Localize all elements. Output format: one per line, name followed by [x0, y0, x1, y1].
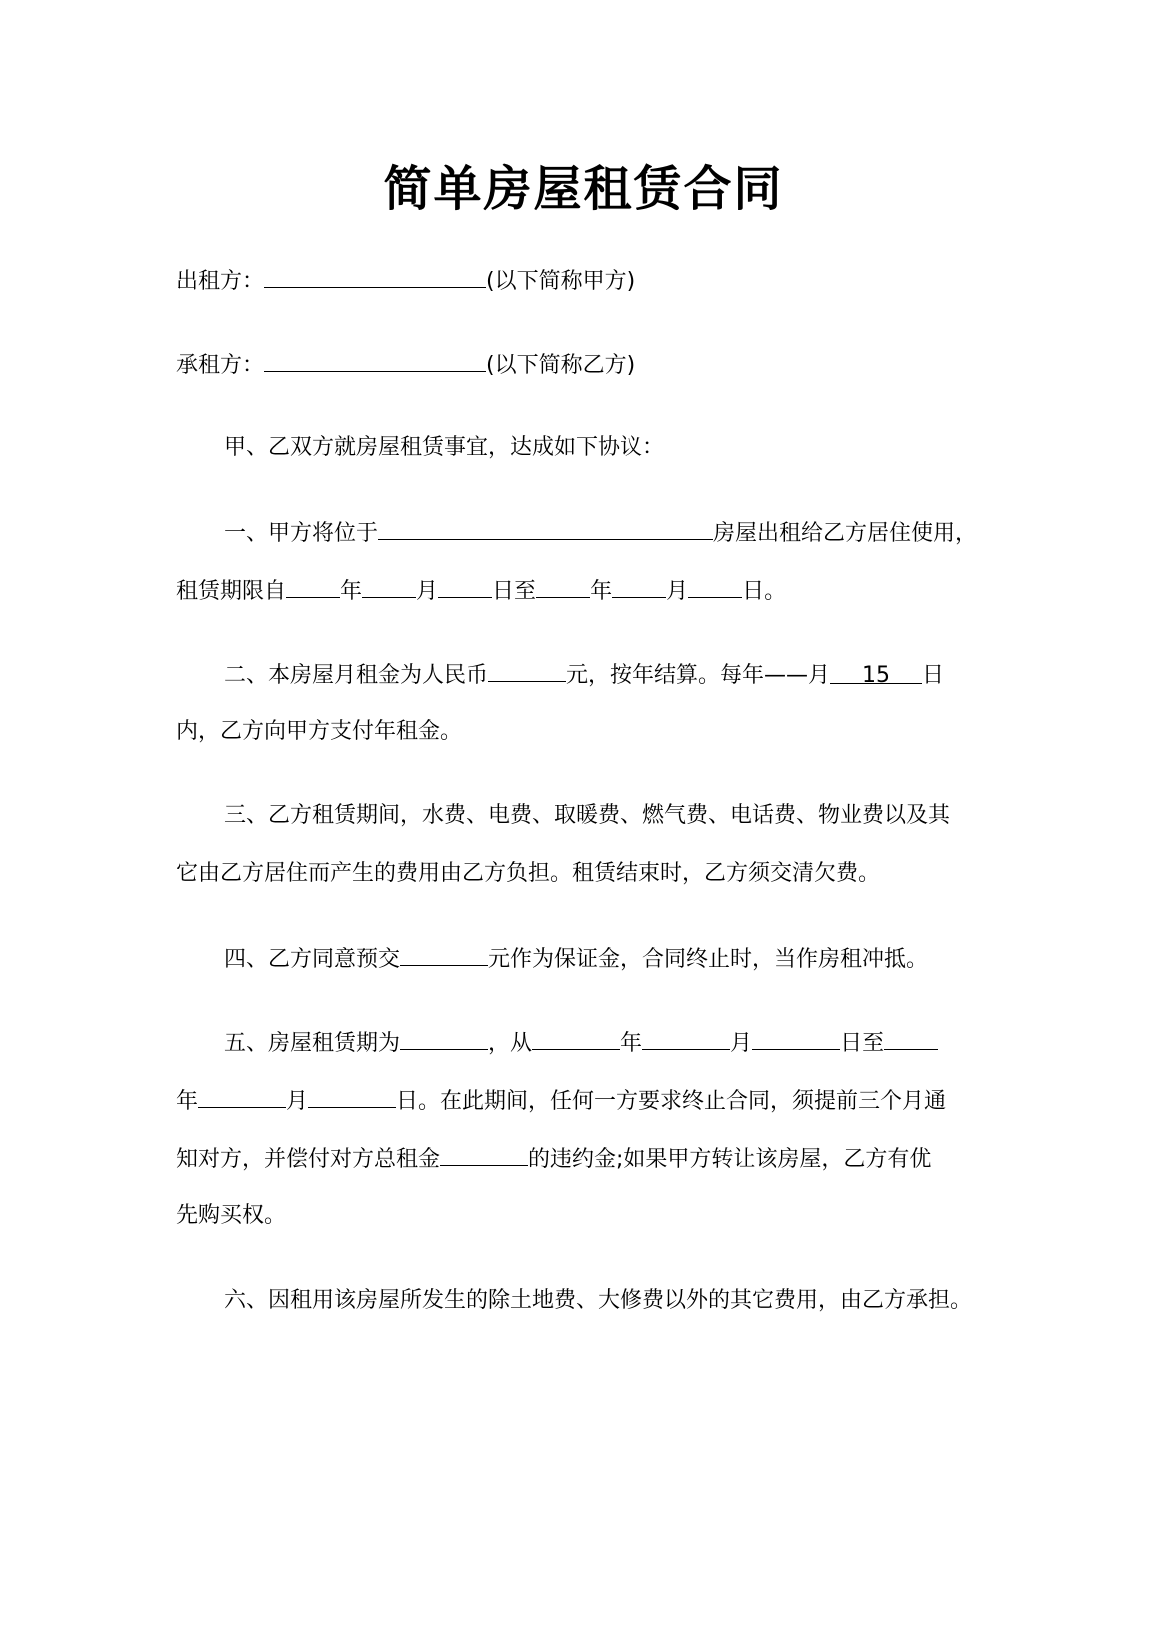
lessee-suffix: (以下简称乙方): [486, 353, 635, 378]
clause5-text-e: 的违约金;如果甲方转让该房屋，乙方有优: [528, 1147, 931, 1172]
contract-page: 简单房屋租赁合同 出租方：(以下简称甲方) 承租方：(以下简称乙方) 甲、乙双方…: [0, 0, 1167, 1651]
clause2-line2: 内，乙方向甲方支付年租金。: [176, 717, 462, 747]
clause5-line3: 知对方，并偿付对方总租金的违约金;如果甲方转让该房屋，乙方有优: [176, 1143, 931, 1175]
from-year-blank[interactable]: [532, 1027, 620, 1050]
clause2-text-c: 日: [922, 663, 944, 688]
intro-text: 甲、乙双方就房屋租赁事宜，达成如下协议：: [224, 433, 664, 463]
year-label: 年: [340, 579, 362, 604]
address-blank[interactable]: [378, 517, 713, 540]
from-day-blank[interactable]: [752, 1027, 840, 1050]
clause5-line2: 年月日。在此期间，任何一方要求终止合同，须提前三个月通: [176, 1085, 946, 1117]
from-month-blank[interactable]: [642, 1027, 730, 1050]
lessor-blank[interactable]: [264, 265, 486, 288]
day-end-label: 日。: [742, 579, 786, 604]
clause4-text-a: 四、乙方同意预交: [224, 947, 400, 972]
contract-title: 简单房屋租赁合同: [0, 150, 1167, 219]
month-label: 月: [286, 1089, 308, 1114]
month-label: 月: [730, 1031, 752, 1056]
clause3-line2: 它由乙方居住而产生的费用由乙方负担。租赁结束时，乙方须交清欠费。: [176, 859, 880, 889]
year-label: 年: [620, 1031, 642, 1056]
clause4-text-b: 元作为保证金，合同终止时，当作房租冲抵。: [488, 947, 928, 972]
clause6-line: 六、因租用该房屋所发生的除土地费、大修费以外的其它费用，由乙方承担。: [224, 1286, 972, 1316]
end-year-blank[interactable]: [536, 575, 590, 598]
lessor-label: 出租方：: [176, 269, 264, 294]
start-month-blank[interactable]: [362, 575, 416, 598]
start-year-blank[interactable]: [286, 575, 340, 598]
clause5-line4: 先购买权。: [176, 1201, 286, 1231]
start-day-blank[interactable]: [438, 575, 492, 598]
pay-day-value[interactable]: 15: [830, 661, 922, 684]
rent-blank[interactable]: [488, 659, 566, 682]
lessee-line: 承租方：(以下简称乙方): [176, 349, 635, 381]
day-to-label: 日至: [840, 1031, 884, 1056]
month-label: 月: [666, 579, 688, 604]
year-label: 年: [176, 1089, 198, 1114]
day-to-label: 日至: [492, 579, 536, 604]
clause2-text-b: 元，按年结算。每年——月: [566, 663, 830, 688]
term-blank[interactable]: [400, 1027, 488, 1050]
clause1-text-a: 一、甲方将位于: [224, 521, 378, 546]
lessor-suffix: (以下简称甲方): [486, 269, 635, 294]
to-year-blank[interactable]: [884, 1027, 938, 1050]
clause1-line1: 一、甲方将位于房屋出租给乙方居住使用，: [224, 517, 977, 549]
to-day-blank[interactable]: [308, 1085, 396, 1108]
clause5-text-c: 日。在此期间，任何一方要求终止合同，须提前三个月通: [396, 1089, 946, 1114]
clause3-line1: 三、乙方租赁期间，水费、电费、取暖费、燃气费、电话费、物业费以及其: [224, 801, 950, 831]
end-month-blank[interactable]: [612, 575, 666, 598]
clause1-text-c: 租赁期限自: [176, 579, 286, 604]
lessee-blank[interactable]: [264, 349, 486, 372]
clause5-text-b: ，从: [488, 1031, 532, 1056]
to-month-blank[interactable]: [198, 1085, 286, 1108]
lessor-line: 出租方：(以下简称甲方): [176, 265, 635, 297]
clause2-text-a: 二、本房屋月租金为人民币: [224, 663, 488, 688]
deposit-blank[interactable]: [400, 943, 488, 966]
clause5-line1: 五、房屋租赁期为，从年月日至: [224, 1027, 938, 1059]
month-label: 月: [416, 579, 438, 604]
clause5-text-d: 知对方，并偿付对方总租金: [176, 1147, 440, 1172]
year-label: 年: [590, 579, 612, 604]
clause1-line2: 租赁期限自年月日至年月日。: [176, 575, 786, 607]
end-day-blank[interactable]: [688, 575, 742, 598]
clause5-text-a: 五、房屋租赁期为: [224, 1031, 400, 1056]
clause1-text-b: 房屋出租给乙方居住使用，: [713, 521, 977, 546]
penalty-blank[interactable]: [440, 1143, 528, 1166]
clause4-line: 四、乙方同意预交元作为保证金，合同终止时，当作房租冲抵。: [224, 943, 928, 975]
lessee-label: 承租方：: [176, 353, 264, 378]
clause2-line1: 二、本房屋月租金为人民币元，按年结算。每年——月15日: [224, 659, 944, 691]
